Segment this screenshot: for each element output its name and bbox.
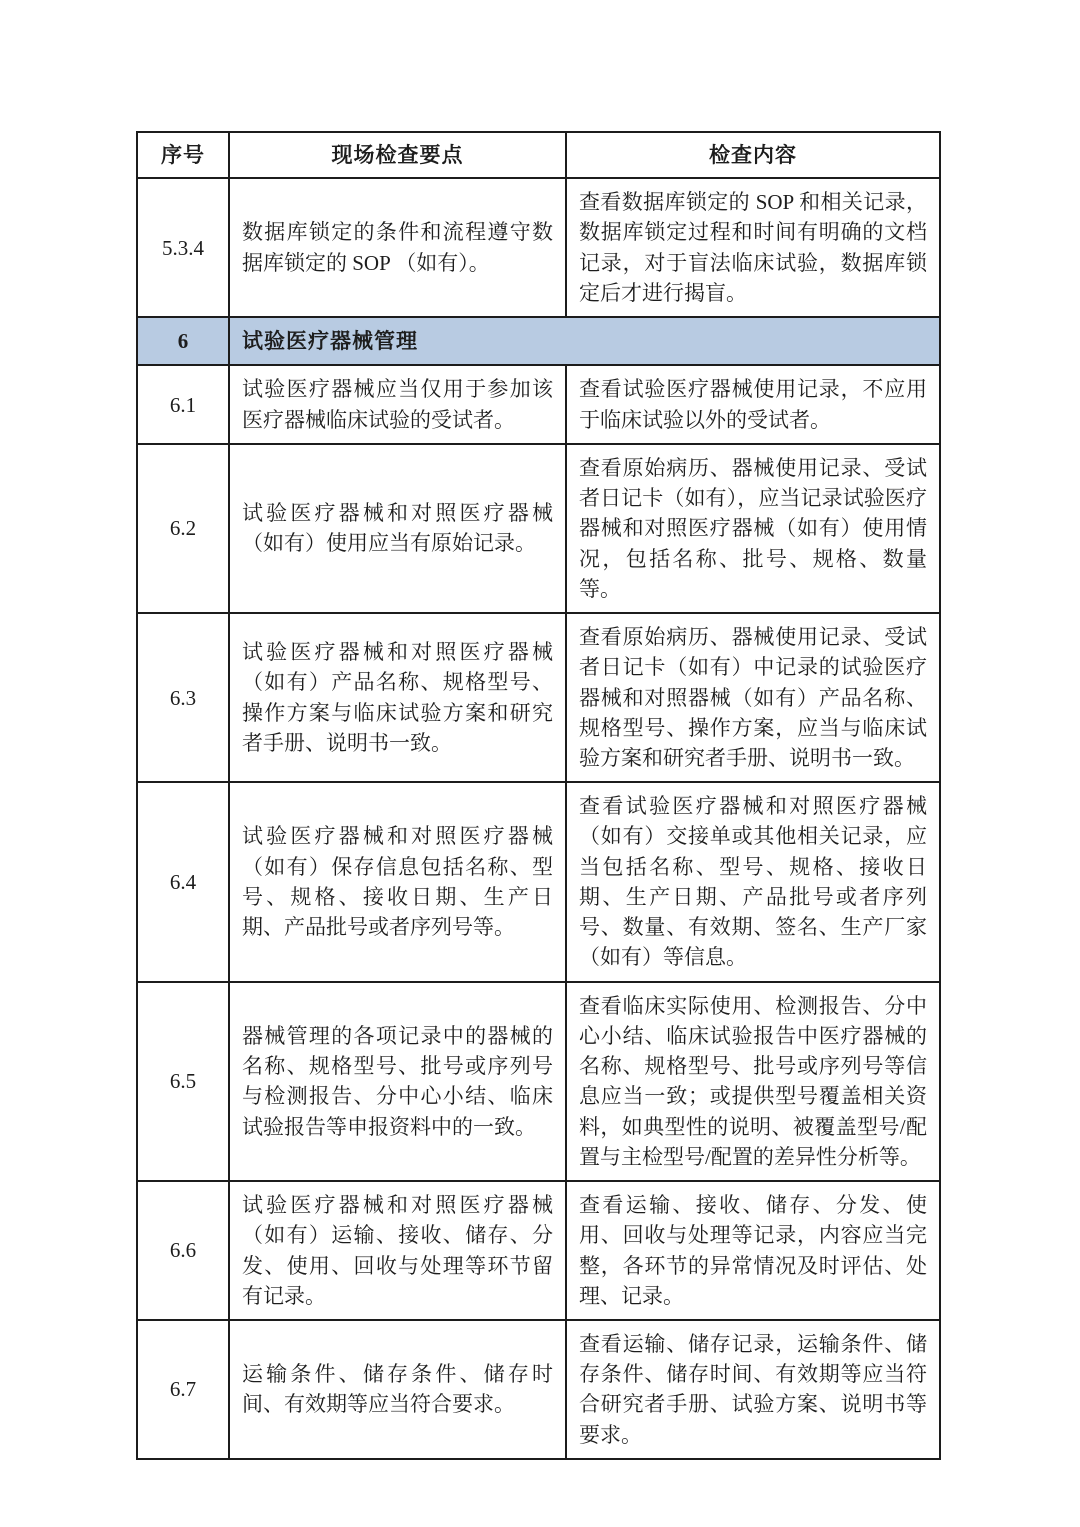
row-id-cell: 5.3.4 [137,178,229,317]
table-row: 6.7运输条件、储存条件、储存时间、有效期等应当符合要求。查看运输、储存记录，运… [137,1320,940,1459]
row-id-cell: 6.7 [137,1320,229,1459]
inspection-content-cell: 查看原始病历、器械使用记录、受试者日记卡（如有）中记录的试验医疗器械和对照器械（… [566,613,940,782]
table-row: 6.4试验医疗器械和对照医疗器械（如有）保存信息包括名称、型号、规格、接收日期、… [137,782,940,981]
row-id-cell: 6.5 [137,982,229,1181]
inspection-content-cell: 查看数据库锁定的 SOP 和相关记录，数据库锁定过程和时间有明确的文档记录，对于… [566,178,940,317]
inspection-content-cell: 查看原始病历、器械使用记录、受试者日记卡（如有），应当记录试验医疗器械和对照医疗… [566,444,940,613]
row-id-cell: 6.4 [137,782,229,981]
inspection-point-cell: 运输条件、储存条件、储存时间、有效期等应当符合要求。 [229,1320,566,1459]
table-row: 6.5器械管理的各项记录中的器械的名称、规格型号、批号或序列号与检测报告、分中心… [137,982,940,1181]
header-cell-point: 现场检查要点 [229,132,566,178]
section-title-cell: 试验医疗器械管理 [229,317,940,365]
inspection-point-cell: 试验医疗器械和对照医疗器械（如有）运输、接收、储存、分发、使用、回收与处理等环节… [229,1181,566,1320]
inspection-point-cell: 试验医疗器械和对照医疗器械（如有）保存信息包括名称、型号、规格、接收日期、生产日… [229,782,566,981]
row-id-cell: 6.1 [137,365,229,443]
inspection-point-cell: 试验医疗器械和对照医疗器械（如有）产品名称、规格型号、操作方案与临床试验方案和研… [229,613,566,782]
header-cell-id: 序号 [137,132,229,178]
header-cell-content: 检查内容 [566,132,940,178]
row-id-cell: 6.6 [137,1181,229,1320]
inspection-content-cell: 查看试验医疗器械和对照医疗器械（如有）交接单或其他相关记录，应当包括名称、型号、… [566,782,940,981]
table-row: 6.3试验医疗器械和对照医疗器械（如有）产品名称、规格型号、操作方案与临床试验方… [137,613,940,782]
inspection-point-cell: 器械管理的各项记录中的器械的名称、规格型号、批号或序列号与检测报告、分中心小结、… [229,982,566,1181]
inspection-content-cell: 查看运输、接收、储存、分发、使用、回收与处理等记录，内容应当完整，各环节的异常情… [566,1181,940,1320]
row-id-cell: 6.2 [137,444,229,613]
document-page: 序号现场检查要点检查内容 5.3.4数据库锁定的条件和流程遵守数据库锁定的 SO… [0,0,1080,1527]
table-row: 6.1试验医疗器械应当仅用于参加该医疗器械临床试验的受试者。查看试验医疗器械使用… [137,365,940,443]
table-row: 5.3.4数据库锁定的条件和流程遵守数据库锁定的 SOP （如有）。查看数据库锁… [137,178,940,317]
table-row: 6.6试验医疗器械和对照医疗器械（如有）运输、接收、储存、分发、使用、回收与处理… [137,1181,940,1320]
table-row: 6.2试验医疗器械和对照医疗器械（如有）使用应当有原始记录。查看原始病历、器械使… [137,444,940,613]
row-id-cell: 6.3 [137,613,229,782]
inspection-point-cell: 试验医疗器械应当仅用于参加该医疗器械临床试验的受试者。 [229,365,566,443]
inspection-point-cell: 数据库锁定的条件和流程遵守数据库锁定的 SOP （如有）。 [229,178,566,317]
inspection-point-cell: 试验医疗器械和对照医疗器械（如有）使用应当有原始记录。 [229,444,566,613]
inspection-content-cell: 查看临床实际使用、检测报告、分中心小结、临床试验报告中医疗器械的名称、规格型号、… [566,982,940,1181]
section-row: 6试验医疗器械管理 [137,317,940,365]
inspection-table: 序号现场检查要点检查内容 5.3.4数据库锁定的条件和流程遵守数据库锁定的 SO… [136,131,941,1460]
inspection-content-cell: 查看运输、储存记录，运输条件、储存条件、储存时间、有效期等应当符合研究者手册、试… [566,1320,940,1459]
table-header-row: 序号现场检查要点检查内容 [137,132,940,178]
row-id-cell: 6 [137,317,229,365]
inspection-content-cell: 查看试验医疗器械使用记录，不应用于临床试验以外的受试者。 [566,365,940,443]
